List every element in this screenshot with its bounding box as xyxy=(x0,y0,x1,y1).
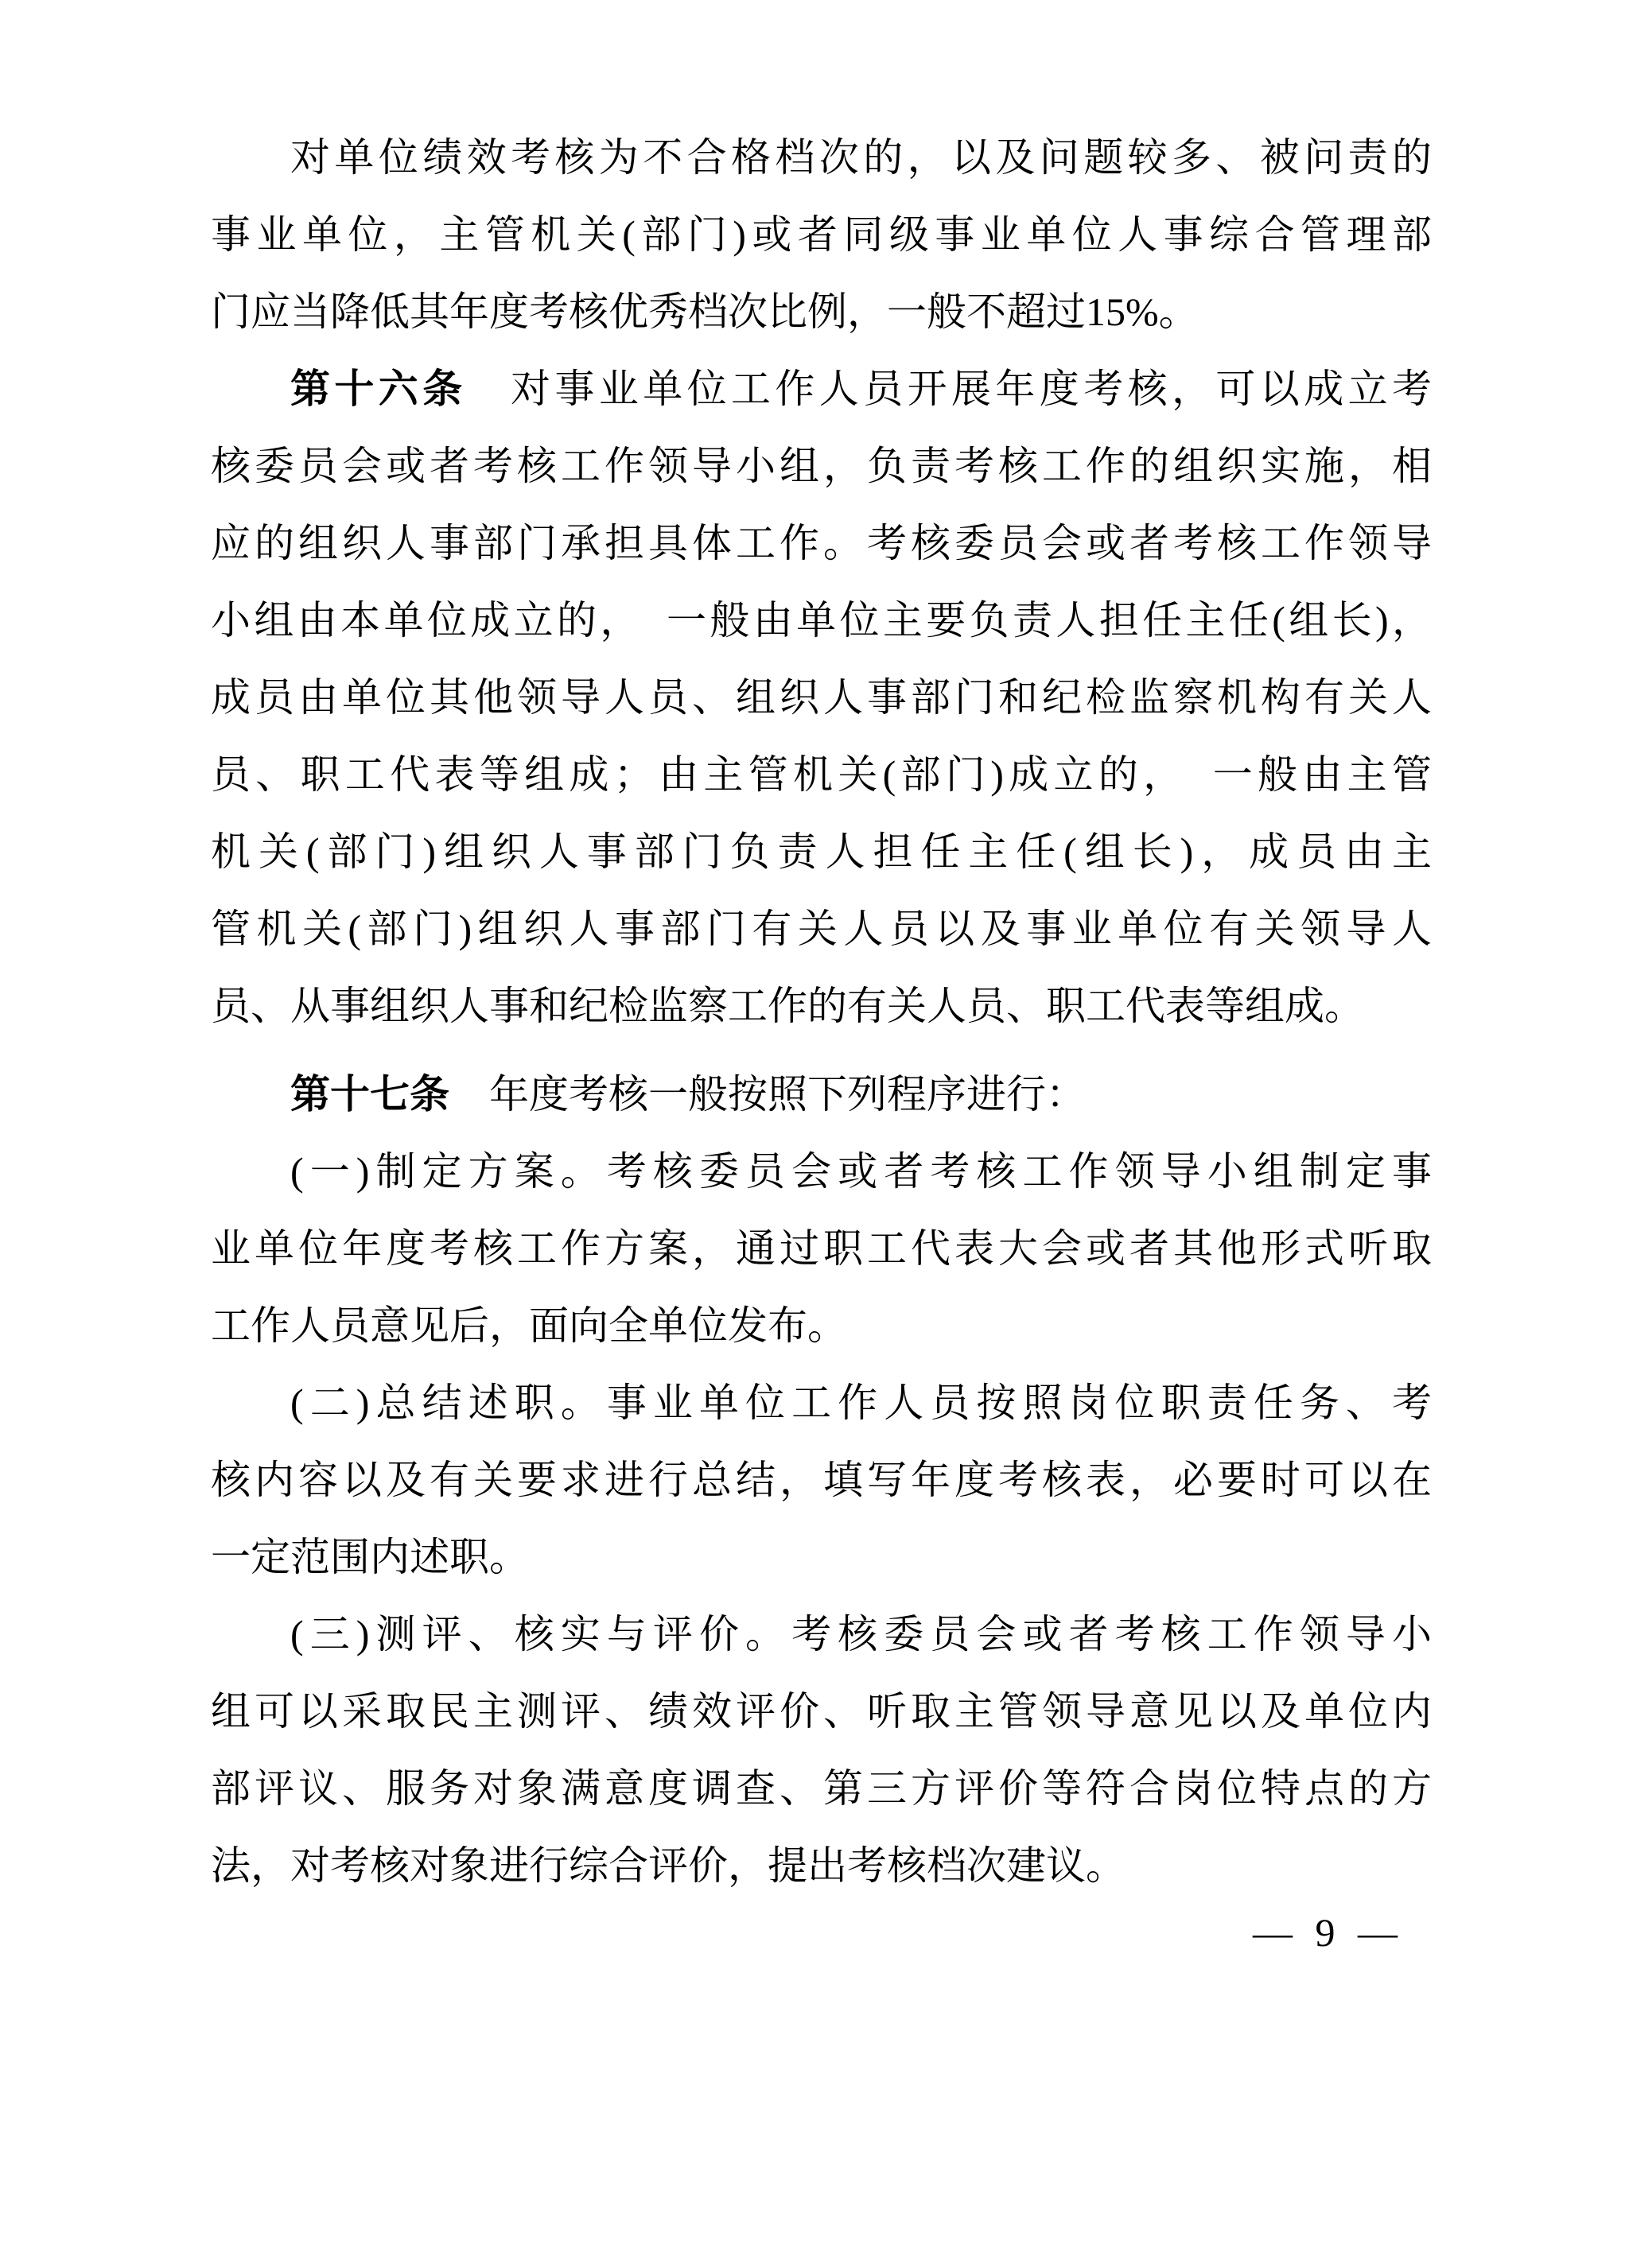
text-line-item-3: (三)测评、核实与评价。考核委员会或者考核工作领导小 xyxy=(211,1596,1432,1673)
text-line: 机关(部门)组织人事部门负责人担任主任(组长)，成员由主 xyxy=(211,814,1432,891)
text-line-article-16: 第十六条 对事业单位工作人员开展年度考核，可以成立考 xyxy=(211,351,1432,428)
text-run: 对事业单位工作人员开展年度考核，可以成立考 xyxy=(467,367,1432,411)
text-line: 业单位年度考核工作方案，通过职工代表大会或者其他形式听取 xyxy=(211,1210,1432,1287)
document-body: 对单位绩效考核为不合格档次的，以及问题较多、被问责的 事业单位，主管机关(部门)… xyxy=(211,119,1432,1905)
text-line: 部评议、服务对象满意度调查、第三方评价等符合岗位特点的方 xyxy=(211,1750,1432,1827)
text-line: 核委员会或者考核工作领导小组，负责考核工作的组织实施，相 xyxy=(211,428,1432,505)
text-line: 小组由本单位成立的， 一般由单位主要负责人担任主任(组长)， xyxy=(211,582,1432,659)
text-line: 组可以采取民主测评、绩效评价、听取主管领导意见以及单位内 xyxy=(211,1673,1432,1750)
text-line: 应的组织人事部门承担具体工作。考核委员会或者考核工作领导 xyxy=(211,505,1432,582)
text-line: 核内容以及有关要求进行总结，填写年度考核表，必要时可以在 xyxy=(211,1442,1432,1519)
text-line: 对单位绩效考核为不合格档次的，以及问题较多、被问责的 xyxy=(211,119,1432,196)
page-number: — 9 — xyxy=(1253,1909,1398,1956)
text-line: 员、从事组织人事和纪检监察工作的有关人员、职工代表等组成。 xyxy=(211,968,1432,1045)
text-line: 成员由单位其他领导人员、组织人事部门和纪检监察机构有关人 xyxy=(211,659,1432,736)
article-16-heading: 第十六条 xyxy=(290,367,467,411)
text-line: 工作人员意见后，面向全单位发布。 xyxy=(211,1287,1432,1365)
text-run: 年度考核一般按照下列程序进行： xyxy=(449,1072,1086,1117)
text-line: 员、职工代表等组成；由主管机关(部门)成立的， 一般由主管 xyxy=(211,736,1432,814)
text-line: 管机关(部门)组织人事部门有关人员以及事业单位有关领导人 xyxy=(211,891,1432,968)
text-line: 门应当降低其年度考核优秀档次比例，一般不超过15%。 xyxy=(211,274,1432,351)
text-line: 法，对考核对象进行综合评价，提出考核档次建议。 xyxy=(211,1827,1432,1905)
text-line-article-17: 第十七条 年度考核一般按照下列程序进行： xyxy=(211,1056,1432,1133)
text-line: 事业单位，主管机关(部门)或者同级事业单位人事综合管理部 xyxy=(211,196,1432,274)
text-line-item-1: (一)制定方案。考核委员会或者考核工作领导小组制定事 xyxy=(211,1133,1432,1210)
text-line: 一定范围内述职。 xyxy=(211,1519,1432,1596)
text-line-item-2: (二)总结述职。事业单位工作人员按照岗位职责任务、考 xyxy=(211,1365,1432,1442)
document-page: 对单位绩效考核为不合格档次的，以及问题较多、被问责的 事业单位，主管机关(部门)… xyxy=(0,0,1629,2268)
article-17-heading: 第十七条 xyxy=(290,1072,449,1117)
